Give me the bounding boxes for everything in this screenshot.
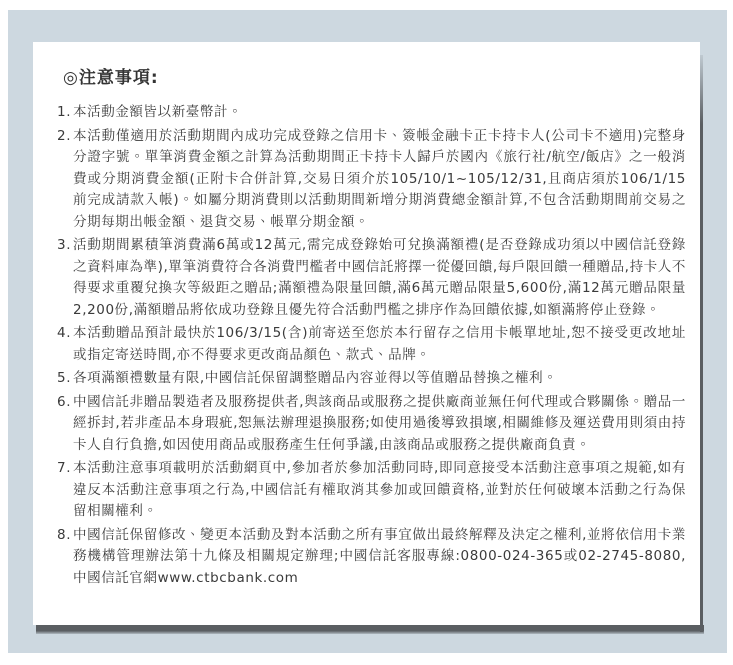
notice-panel: ◎注意事項: 1. 本活動金額皆以新臺幣計。 2. 本活動僅適用於活動期間內成功… (8, 10, 727, 653)
notice-item: 8. 中國信託保留修改、變更本活動及對本活動之所有事宜做出最終解釋及決定之權利,… (57, 525, 686, 590)
notice-title: ◎注意事項: (63, 66, 686, 90)
notice-item-number: 5. (57, 368, 73, 390)
notice-item-number: 7. (57, 458, 73, 480)
notice-item-text: 中國信託非贈品製造者及服務提供者,與該商品或服務之提供廠商並無任何代理或合夥關係… (73, 392, 686, 457)
notice-item-number: 6. (57, 392, 73, 414)
notice-list: 1. 本活動金額皆以新臺幣計。 2. 本活動僅適用於活動期間內成功完成登錄之信用… (57, 102, 686, 589)
notice-item-number: 2. (57, 126, 73, 148)
notice-item-text: 中國信託保留修改、變更本活動及對本活動之所有事宜做出最終解釋及決定之權利,並將依… (73, 525, 686, 590)
notice-item-text: 本活動注意事項載明於活動網頁中,參加者於參加活動同時,即同意接受本活動注意事項之… (73, 458, 686, 523)
notice-item: 2. 本活動僅適用於活動期間內成功完成登錄之信用卡、簽帳金融卡正卡持卡人(公司卡… (57, 126, 686, 234)
notice-item-text: 各項滿額禮數量有限,中國信託保留調整贈品內容並得以等值贈品替換之權利。 (73, 368, 686, 390)
notice-item-number: 4. (57, 323, 73, 345)
notice-item-text: 本活動贈品預計最快於106/3/15(含)前寄送至您於本行留存之信用卡帳單地址,… (73, 323, 686, 366)
notice-item: 4. 本活動贈品預計最快於106/3/15(含)前寄送至您於本行留存之信用卡帳單… (57, 323, 686, 366)
notice-item-text: 本活動僅適用於活動期間內成功完成登錄之信用卡、簽帳金融卡正卡持卡人(公司卡不適用… (73, 126, 686, 234)
notice-item-text: 活動期間累積筆消費滿6萬或12萬元,需完成登錄始可兌換滿額禮(是否登錄成功須以中… (73, 235, 686, 321)
notice-card: ◎注意事項: 1. 本活動金額皆以新臺幣計。 2. 本活動僅適用於活動期間內成功… (33, 42, 700, 625)
notice-item: 5. 各項滿額禮數量有限,中國信託保留調整贈品內容並得以等值贈品替換之權利。 (57, 368, 686, 390)
notice-item-number: 1. (57, 102, 73, 124)
notice-item: 1. 本活動金額皆以新臺幣計。 (57, 102, 686, 124)
notice-item: 7. 本活動注意事項載明於活動網頁中,參加者於參加活動同時,即同意接受本活動注意… (57, 458, 686, 523)
notice-item-number: 3. (57, 235, 73, 257)
notice-item-number: 8. (57, 525, 73, 547)
notice-item: 6. 中國信託非贈品製造者及服務提供者,與該商品或服務之提供廠商並無任何代理或合… (57, 392, 686, 457)
notice-item: 3. 活動期間累積筆消費滿6萬或12萬元,需完成登錄始可兌換滿額禮(是否登錄成功… (57, 235, 686, 321)
notice-item-text: 本活動金額皆以新臺幣計。 (73, 102, 686, 124)
